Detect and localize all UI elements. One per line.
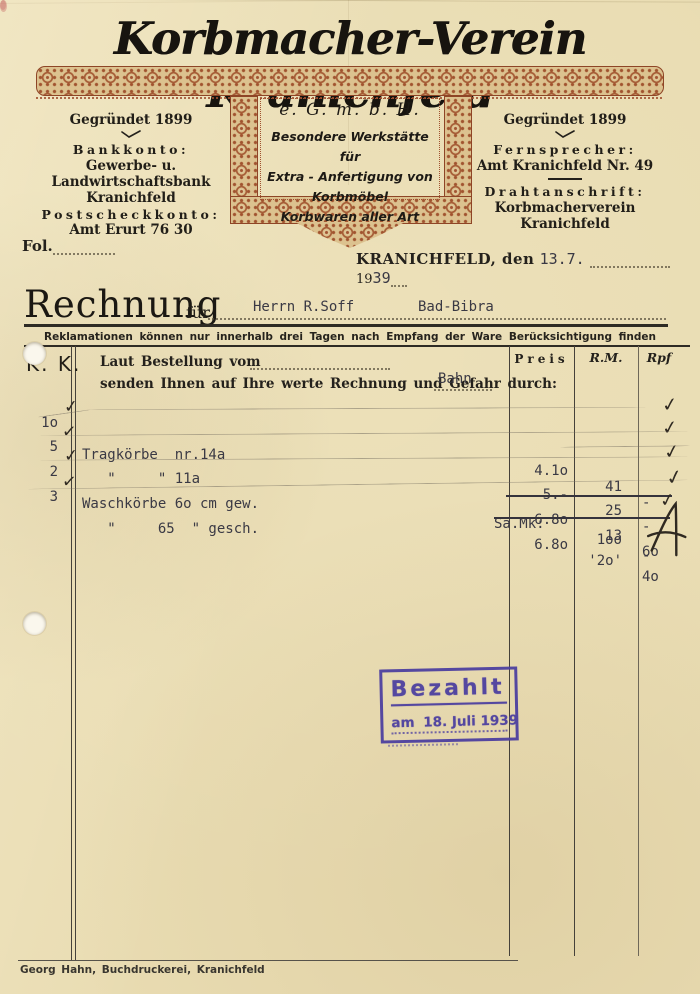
punch-hole bbox=[23, 342, 46, 365]
column-header-preis: Preis bbox=[509, 352, 574, 366]
left-info-block: Gegründet 1899 Bankkonto: Gewerbe- u. La… bbox=[30, 112, 232, 238]
checkmark-icon: ✓ bbox=[63, 398, 79, 416]
phone-label: Fernsprecher: bbox=[452, 142, 678, 157]
row-description: " 65 " gesch. bbox=[82, 521, 259, 537]
column-header-rpf: Rpf bbox=[638, 350, 680, 365]
legal-form: e. G. m. b. H. bbox=[226, 100, 474, 120]
checkmark-icon: ✓ bbox=[61, 424, 76, 442]
right-info-block: Gegründet 1899 Fernsprecher: Amt Kranich… bbox=[452, 112, 678, 232]
bank-label: Bankkonto: bbox=[30, 142, 232, 157]
order-dotted-line1 bbox=[250, 368, 390, 370]
checkmark-icon: ✓ bbox=[63, 448, 78, 466]
date-dotted-line bbox=[590, 250, 670, 268]
place-date-line: KRANICHFELD, den 13.7. 1939 bbox=[356, 249, 676, 271]
checkmark-icon: ✓ bbox=[661, 418, 679, 439]
fol-label: Fol. bbox=[22, 237, 53, 255]
stamp-word: Bezahlt bbox=[390, 675, 507, 703]
bank-name: Gewerbe- u. Landwirtschaftsbank bbox=[30, 158, 232, 190]
order-dotted-line2 bbox=[434, 389, 492, 391]
founded-right: Gegründet 1899 bbox=[452, 112, 678, 128]
recipient-name: Herrn R.Soff bbox=[253, 299, 354, 315]
total-rm: 1oo bbox=[578, 532, 622, 548]
stamp-date-line: am 18. Juli 1939 bbox=[391, 713, 507, 735]
giro-value: Amt Erurt 76 30 bbox=[30, 222, 232, 238]
phone-value: Amt Kranichfeld Nr. 49 bbox=[452, 158, 678, 174]
invoice-document: Korbmacher-Verein Kranichfeld e. G. m. b… bbox=[0, 0, 700, 994]
giro-label: Postscheckkonto: bbox=[30, 207, 232, 222]
tagline-line: Extra - Anfertigung von Korbmöbel bbox=[262, 167, 438, 207]
emblem-tagline: Besondere Werkstätte für Extra - Anferti… bbox=[262, 127, 438, 227]
stamp-prefix: am bbox=[391, 715, 415, 732]
column-header-rm: R.M. bbox=[574, 350, 638, 365]
checkmark-icon: ✓ bbox=[664, 465, 685, 488]
invoice-for-label: für bbox=[186, 303, 210, 322]
year-typed: 39 bbox=[373, 269, 391, 287]
stamp-dotted-trail bbox=[388, 743, 458, 747]
claims-notice: Reklamationen können nur innerhalb drei … bbox=[0, 331, 700, 343]
wire-value: Korbmacherverein Kranichfeld bbox=[452, 200, 678, 232]
fol-field: Fol. bbox=[22, 237, 115, 255]
total-rule-above bbox=[506, 495, 672, 497]
fol-dotted-line bbox=[53, 238, 115, 255]
year-dotted-line bbox=[391, 269, 407, 287]
tagline-line: Besondere Werkstätte für bbox=[262, 127, 438, 167]
row-preis: 6.8o bbox=[500, 537, 568, 553]
stamp-date: 18. Juli 1939 bbox=[423, 712, 518, 730]
recipient-city: Bad-Bibra bbox=[418, 299, 494, 315]
pen-flourish bbox=[643, 498, 691, 560]
ornament-band bbox=[36, 66, 664, 96]
row-rm: '2o' bbox=[578, 553, 622, 569]
emblem-frame: e. G. m. b. H. Besondere Werkstätte für … bbox=[226, 96, 474, 252]
paid-stamp: Bezahlt am 18. Juli 1939 bbox=[379, 666, 519, 743]
date-typed: 13.7. bbox=[540, 250, 585, 268]
table-row: 3 ✓ " 65 " gesch. 6.8o '2o' 4o ✓ bbox=[0, 473, 700, 493]
row-rpf: 4o bbox=[642, 569, 659, 585]
tagline-line: Korbwaren aller Art bbox=[262, 207, 438, 227]
table-top-border bbox=[24, 345, 690, 347]
bank-city: Kranichfeld bbox=[30, 190, 232, 206]
checkmark-icon: ✓ bbox=[661, 395, 679, 416]
footer-rule bbox=[18, 960, 518, 961]
founded-left: Gegründet 1899 bbox=[30, 112, 232, 128]
wire-label: Drahtanschrift: bbox=[452, 184, 678, 199]
chevron-mark-icon bbox=[553, 130, 577, 139]
year-printed: 19 bbox=[356, 272, 373, 287]
checkmark-icon: ✓ bbox=[61, 473, 77, 491]
thick-rule bbox=[24, 324, 668, 327]
place-label: KRANICHFELD, den bbox=[356, 250, 534, 268]
printer-credit: Georg Hahn, Buchdruckerei, Kranichfeld bbox=[20, 964, 265, 976]
recipient-dotted-line bbox=[208, 318, 666, 320]
punch-hole bbox=[23, 612, 46, 635]
total-rule-below bbox=[494, 517, 670, 519]
stamp-underline bbox=[391, 702, 507, 707]
chevron-mark-icon bbox=[119, 130, 143, 139]
divider-rule bbox=[548, 178, 582, 180]
edge-smudge bbox=[0, 0, 6, 10]
shipping-method: Bahn bbox=[438, 371, 472, 387]
order-text-line1: Laut Bestellung vom bbox=[100, 354, 261, 370]
